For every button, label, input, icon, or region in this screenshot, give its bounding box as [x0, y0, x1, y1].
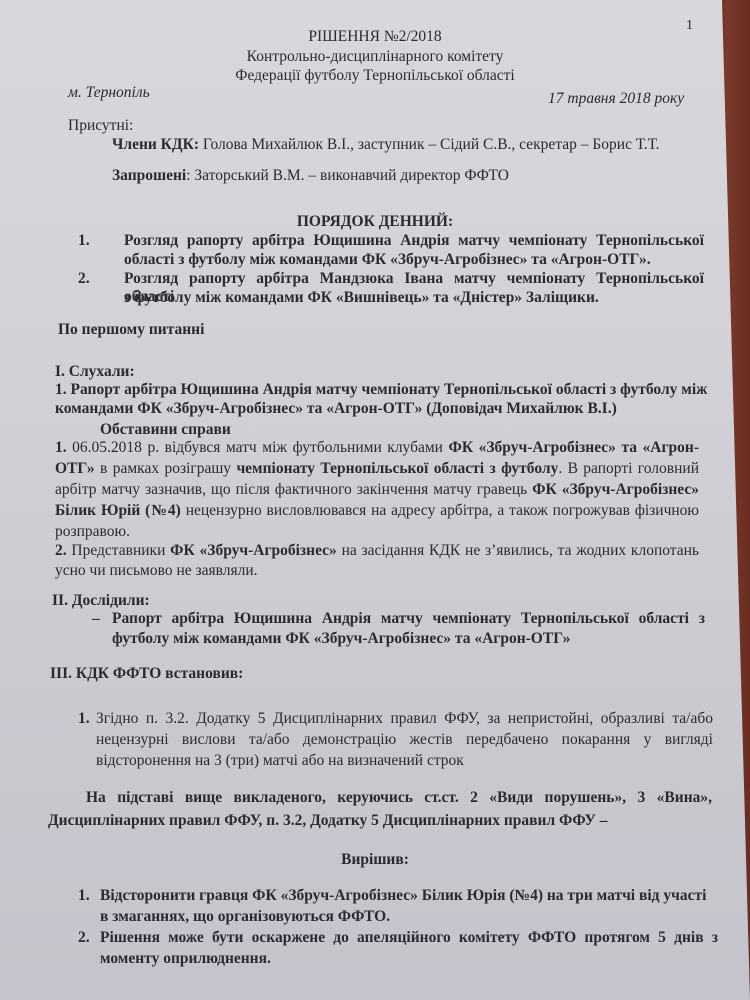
decided-item-line: в змаганнях, що організовуються ФФТО.: [100, 908, 390, 926]
heard-line: командами ФК «Збруч-Агробізнес» та «Агро…: [55, 400, 617, 418]
established-line: відсторонення на 3 (три) матчі або на ви…: [96, 752, 464, 770]
circumstances-line: ОТГ» в рамках розіграшу чемпіонату Терно…: [55, 460, 699, 478]
agenda-item-line: області з футболу між командами ФК «Збру…: [124, 251, 651, 269]
heard-line: 1. Рапорт арбітра Ющишина Андрія матчу ч…: [55, 381, 707, 399]
established-title: ІІІ. КДК ФФТО встановив:: [50, 665, 243, 683]
present-label: Присутні:: [68, 117, 133, 135]
circumstances-line: розправою.: [55, 523, 130, 541]
examined-line: футболу між командами ФК «Збруч-Агробізн…: [112, 630, 570, 648]
agenda-item-num: 2.: [78, 270, 90, 288]
heard-title: І. Слухали:: [55, 363, 135, 381]
agenda-item-line: Розгляд рапорту арбітра Ющишина Андрія м…: [124, 232, 704, 250]
examined-line: Рапорт арбітра Ющишина Андрія матчу чемп…: [112, 610, 705, 628]
federation-name: Федерації футболу Тернопільської області: [0, 67, 750, 85]
members-line: Члени КДК: Голова Михайлюк В.І., заступн…: [112, 136, 659, 154]
circumstances-line: 1. 06.05.2018 р. відбувся матч між футбо…: [55, 439, 699, 457]
first-question-heading: По першому питанні: [58, 321, 204, 339]
examined-title: ІІ. Дослідили:: [52, 592, 150, 610]
examined-bullet: –: [92, 610, 100, 628]
basis-line: Дисциплінарних правил ФФУ, п. 3.2, Додат…: [48, 812, 607, 830]
circumstances-line: 2. Представники ФК «Збруч-Агробізнес» на…: [55, 542, 699, 560]
established-line: Згідно п. 3.2. Додатку 5 Дисциплінарних …: [96, 710, 713, 728]
date: 17 травня 2018 року: [548, 90, 684, 108]
committee-name: Контрольно-дисциплінарного комітету: [0, 48, 750, 66]
decided-title: Вирішив:: [0, 851, 750, 869]
agenda-item-num: 1.: [78, 232, 90, 250]
decided-item-line: Відсторонити гравця ФК «Збруч-Агробізнес…: [100, 887, 706, 905]
members-label: Члени КДК:: [112, 136, 199, 153]
agenda-title: ПОРЯДОК ДЕННИЙ:: [0, 213, 750, 231]
city: м. Тернопіль: [68, 84, 150, 102]
circumstances-line: арбітр матчу зазначив, що після фактично…: [55, 481, 699, 499]
document-page: 1 РІШЕННЯ №2/2018 Контрольно-дисциплінар…: [0, 0, 750, 1000]
members-text: Голова Михайлюк В.І., заступник – Сідий …: [199, 136, 659, 153]
invited-label: Запрошені: [112, 167, 186, 184]
circumstances-line: усно чи письмово не заявляли.: [55, 562, 258, 580]
circumstances-line: Білик Юрій (№4) нецензурно висловлювався…: [55, 502, 699, 520]
decision-title: РІШЕННЯ №2/2018: [0, 28, 750, 46]
invited-text: : Заторський В.М. – виконавчий директор …: [186, 167, 509, 184]
established-line: нецензурні вислови та/або демонстрацію ж…: [96, 731, 713, 749]
agenda-item-line: з футболу між командами ФК «Вишнівець» т…: [124, 289, 599, 307]
decided-item-line: моменту оприлюднення.: [100, 950, 271, 968]
decided-item-line: Рішення може бути оскаржене до апеляційн…: [100, 929, 718, 947]
established-num: 1.: [78, 710, 90, 728]
decided-item-num: 1.: [78, 887, 90, 905]
basis-line: На підставі вище викладеного, керуючись …: [86, 789, 712, 807]
circumstances-title: Обставини справи: [100, 421, 231, 439]
invited-line: Запрошені: Заторський В.М. – виконавчий …: [112, 167, 509, 185]
decided-item-num: 2.: [78, 929, 90, 947]
